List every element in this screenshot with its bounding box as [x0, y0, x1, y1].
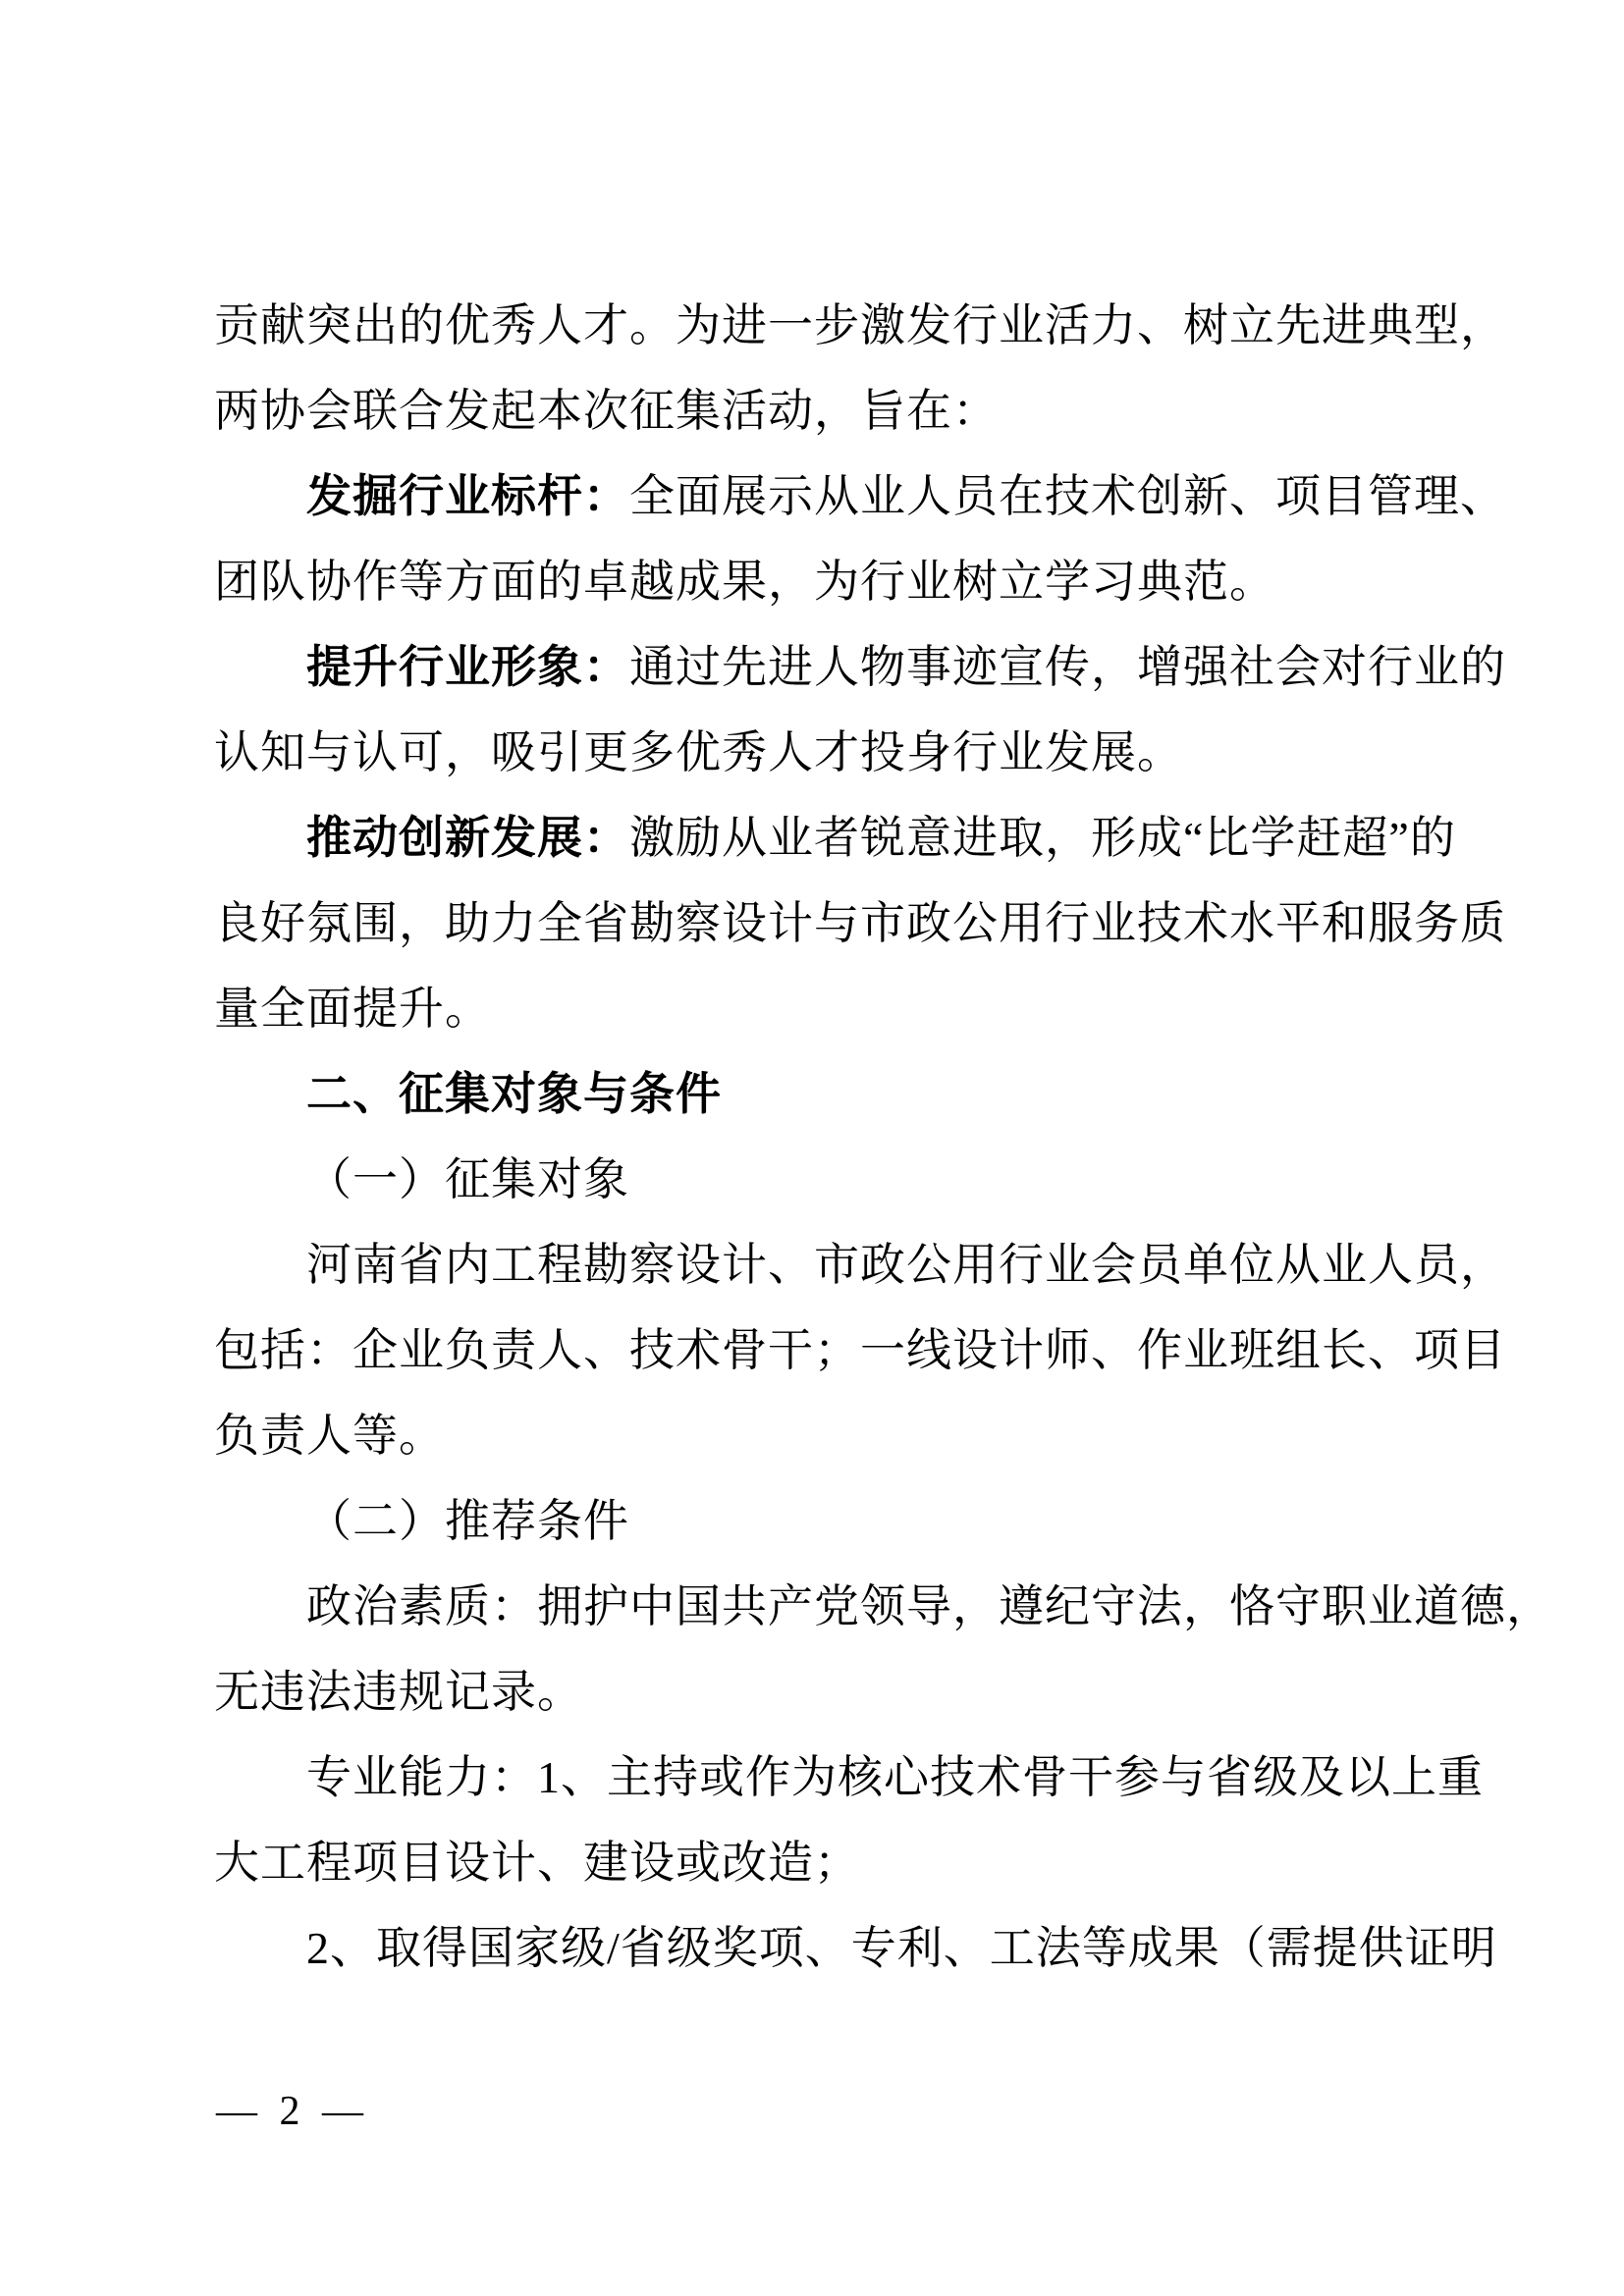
text-run: 激励从业者锐意进取，形成“比学赶超”的: [629, 813, 1456, 863]
paragraph-line: 两协会联合发起本次征集活动，旨在：: [214, 368, 1469, 454]
document-body: 贡献突出的优秀人才。为进一步激发行业活力、树立先进典型， 两协会联合发起本次征集…: [214, 283, 1469, 1991]
paragraph-line: 认知与认可，吸引更多优秀人才投身行业发展。: [214, 710, 1469, 795]
paragraph-line: 团队协作等方面的卓越成果，为行业树立学习典范。: [214, 539, 1469, 624]
bold-run-promote-innovation: 推动创新发展：: [306, 813, 629, 863]
paragraph-line: 负责人等。: [214, 1393, 1469, 1478]
paragraph-line: 专业能力：1、主持或作为核心技术骨干参与省级及以上重: [214, 1735, 1469, 1820]
paragraph-line: 贡献突出的优秀人才。为进一步激发行业活力、树立先进典型，: [214, 283, 1469, 368]
subsection-heading-2-1: （一）征集对象: [214, 1137, 1469, 1222]
paragraph-line: 大工程项目设计、建设或改造；: [214, 1820, 1469, 1905]
bold-run-discover-benchmarks: 发掘行业标杆：: [306, 471, 629, 521]
paragraph-line: 良好氛围，助力全省勘察设计与市政公用行业技术水平和服务质: [214, 881, 1469, 966]
text-run: 通过先进人物事迹宣传，增强社会对行业的: [629, 642, 1506, 692]
page-number: — 2 —: [216, 2069, 369, 2155]
paragraph-line: 推动创新发展：激励从业者锐意进取，形成“比学赶超”的: [214, 795, 1469, 881]
paragraph-line: 政治素质：拥护中国共产党领导，遵纪守法，恪守职业道德，: [214, 1564, 1469, 1649]
paragraph-line: 量全面提升。: [214, 966, 1469, 1051]
paragraph-line: 2、取得国家级/省级奖项、专利、工法等成果（需提供证明: [214, 1905, 1469, 1991]
subsection-heading-2-2: （二）推荐条件: [214, 1478, 1469, 1564]
bold-run-improve-image: 提升行业形象：: [306, 642, 629, 692]
text-run: 全面展示从业人员在技术创新、项目管理、: [629, 471, 1506, 521]
section-heading-2: 二、征集对象与条件: [214, 1051, 1469, 1137]
paragraph-line: 发掘行业标杆：全面展示从业人员在技术创新、项目管理、: [214, 454, 1469, 539]
paragraph-line: 包括：企业负责人、技术骨干；一线设计师、作业班组长、项目: [214, 1308, 1469, 1393]
paragraph-line: 无违法违规记录。: [214, 1649, 1469, 1735]
document-page: 贡献突出的优秀人才。为进一步激发行业活力、树立先进典型， 两协会联合发起本次征集…: [0, 0, 1624, 2296]
paragraph-line: 提升行业形象：通过先进人物事迹宣传，增强社会对行业的: [214, 624, 1469, 710]
paragraph-line: 河南省内工程勘察设计、市政公用行业会员单位从业人员，: [214, 1222, 1469, 1308]
